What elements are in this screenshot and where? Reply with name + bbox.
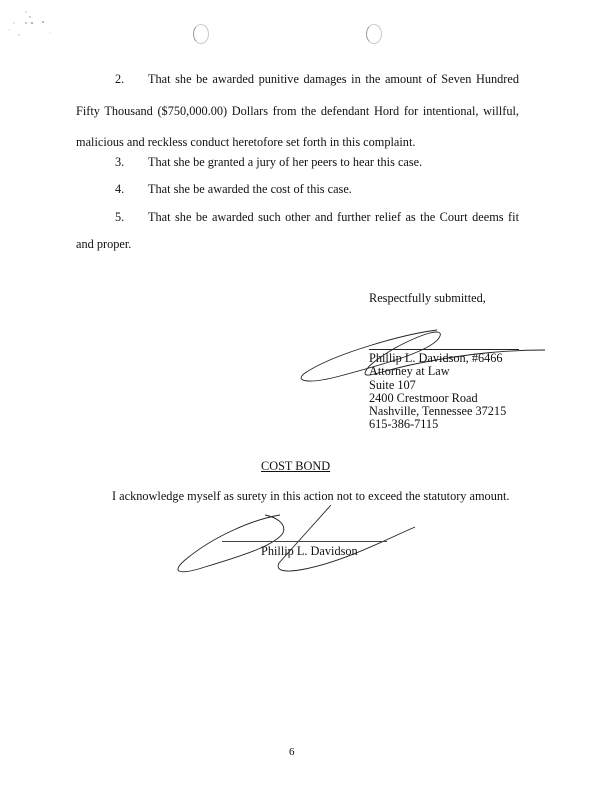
- attorney-street: 2400 Crestmoor Road: [369, 392, 506, 405]
- paragraph-number: 5.: [115, 210, 124, 225]
- paragraph-line: That she be awarded punitive damages in …: [148, 72, 519, 87]
- page-number: 6: [289, 746, 295, 758]
- cost-bond-heading: COST BOND: [261, 459, 330, 474]
- closing-text: Respectfully submitted,: [369, 291, 486, 306]
- attorney-phone: 615-386-7115: [369, 418, 506, 431]
- surety-signer-name: Phillip L. Davidson: [261, 544, 358, 559]
- attorney-block: Phillip L. Davidson, #6466 Attorney at L…: [369, 352, 506, 432]
- paragraph-line: and proper.: [76, 237, 131, 252]
- paragraph-number: 4.: [115, 182, 124, 197]
- paragraph-number: 3.: [115, 155, 124, 170]
- attorney-name: Phillip L. Davidson, #6466: [369, 352, 506, 365]
- punch-hole-left: [193, 24, 209, 44]
- paragraph-line: malicious and reckless conduct heretofor…: [76, 135, 415, 150]
- paragraph-line: That she be granted a jury of her peers …: [148, 155, 422, 170]
- paragraph-number: 2.: [115, 72, 124, 87]
- scan-specks: [6, 8, 56, 38]
- paragraph-line: Fifty Thousand ($750,000.00) Dollars fro…: [76, 104, 519, 119]
- signature-line: [369, 349, 519, 350]
- attorney-suite: Suite 107: [369, 379, 506, 392]
- punch-hole-right: [366, 24, 382, 44]
- paragraph-line: That she be awarded the cost of this cas…: [148, 182, 352, 197]
- cost-bond-statement: I acknowledge myself as surety in this a…: [112, 489, 510, 504]
- attorney-title: Attorney at Law: [369, 365, 506, 378]
- attorney-city: Nashville, Tennessee 37215: [369, 405, 506, 418]
- signature-line: [222, 541, 387, 542]
- paragraph-line: That she be awarded such other and furth…: [148, 210, 519, 225]
